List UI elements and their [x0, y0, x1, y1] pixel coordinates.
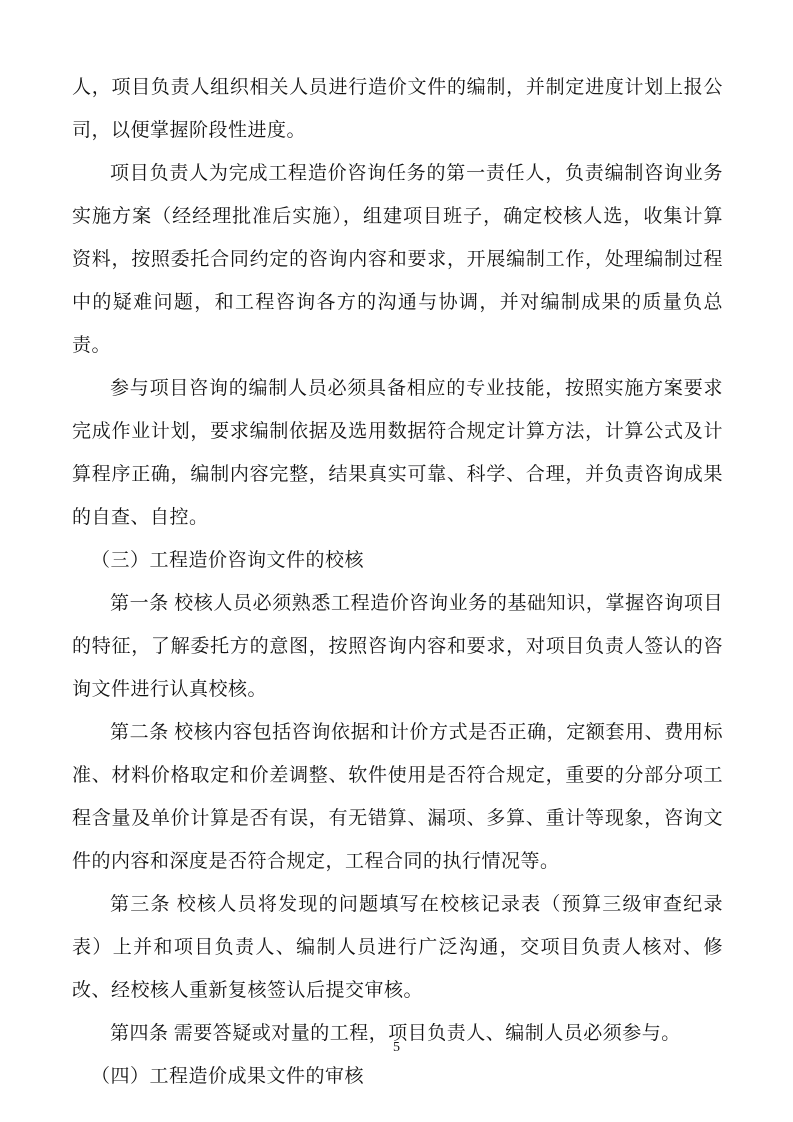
section-heading-3: （三）工程造价咨询文件的校核 [72, 539, 723, 582]
paragraph: 第一条 校核人员必须熟悉工程造价咨询业务的基础知识，掌握咨询项目的特征，了解委托… [72, 582, 723, 711]
section-heading-4: （四）工程造价成果文件的审核 [72, 1055, 723, 1098]
document-page: 人，项目负责人组织相关人员进行造价文件的编制，并制定进度计划上报公司，以便掌握阶… [0, 0, 793, 1122]
paragraph: 人，项目负责人组织相关人员进行造价文件的编制，并制定进度计划上报公司，以便掌握阶… [72, 66, 723, 152]
page-number: 5 [0, 1038, 793, 1058]
paragraph: 第三条 校核人员将发现的问题填写在校核记录表（预算三级审查纪录表）上并和项目负责… [72, 883, 723, 1012]
paragraph: 参与项目咨询的编制人员必须具备相应的专业技能，按照实施方案要求完成作业计划，要求… [72, 367, 723, 539]
paragraph: 第二条 校核内容包括咨询依据和计价方式是否正确，定额套用、费用标准、材料价格取定… [72, 711, 723, 883]
document-body: 人，项目负责人组织相关人员进行造价文件的编制，并制定进度计划上报公司，以便掌握阶… [72, 66, 723, 1098]
paragraph: 项目负责人为完成工程造价咨询任务的第一责任人，负责编制咨询业务实施方案（经经理批… [72, 152, 723, 367]
